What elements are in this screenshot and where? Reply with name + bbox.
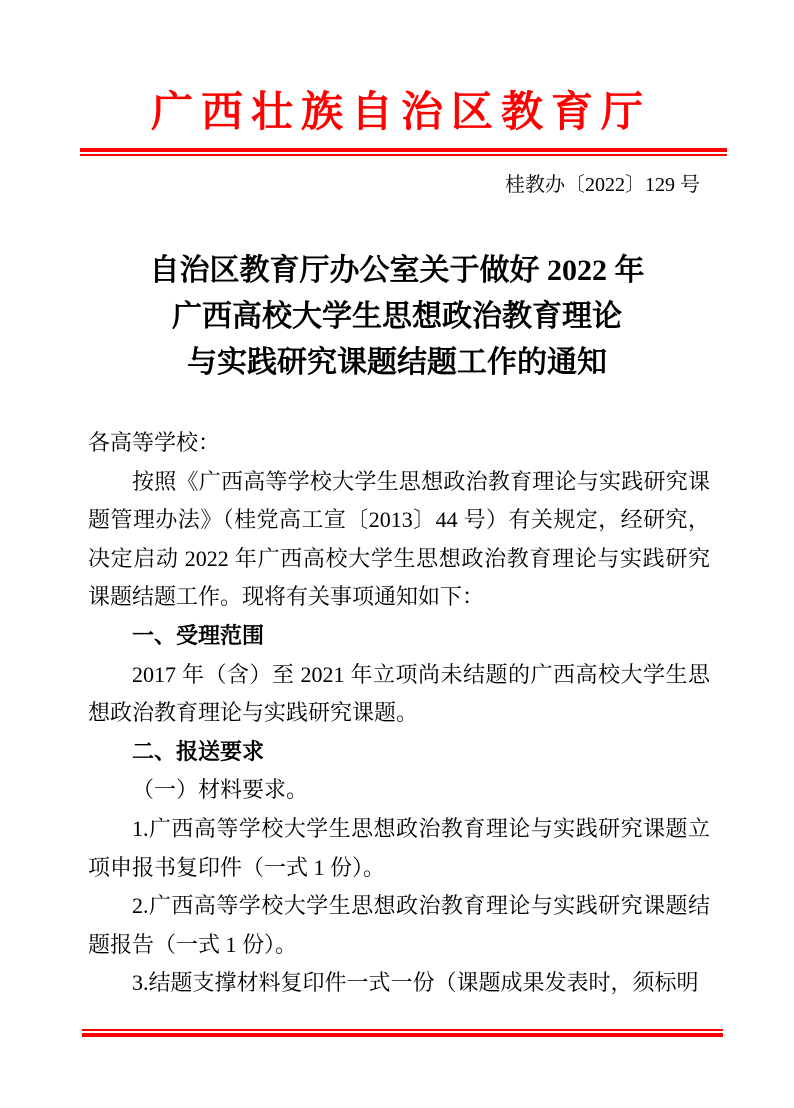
salutation: 各高等学校： — [88, 424, 710, 463]
subsection-heading-materials: （一）材料要求。 — [88, 771, 710, 810]
section-heading-1: 一、受理范围 — [88, 617, 710, 656]
footer-double-rule — [82, 1029, 723, 1037]
section-heading-2: 二、报送要求 — [88, 733, 710, 772]
notice-title-line-1: 自治区教育厅办公室关于做好 2022 年 — [0, 248, 794, 294]
document-number: 桂教办〔2022〕129 号 — [0, 172, 700, 198]
list-item-2: 2.广西高等学校大学生思想政治教育理论与实践研究课题结题报告（一式 1 份）。 — [88, 887, 710, 964]
list-item-3: 3.结题支撑材料复印件一式一份（课题成果发表时，须标明 — [88, 964, 710, 1003]
notice-title-line-2: 广西高校大学生思想政治教育理论 — [0, 294, 794, 340]
intro-paragraph: 按照《广西高等学校大学生思想政治教育理论与实践研究课题管理办法》（桂党高工宣〔2… — [88, 463, 710, 617]
notice-title-line-3: 与实践研究课题结题工作的通知 — [0, 340, 794, 386]
notice-body: 各高等学校： 按照《广西高等学校大学生思想政治教育理论与实践研究课题管理办法》（… — [88, 424, 710, 1003]
section-1-paragraph: 2017 年（含）至 2021 年立项尚未结题的广西高校大学生思想政治教育理论与… — [88, 656, 710, 733]
notice-title: 自治区教育厅办公室关于做好 2022 年 广西高校大学生思想政治教育理论 与实践… — [0, 248, 794, 386]
letterhead-double-rule — [80, 148, 727, 156]
agency-letterhead-title: 广西壮族自治区教育厅 — [0, 0, 794, 136]
list-item-1: 1.广西高等学校大学生思想政治教育理论与实践研究课题立项申报书复印件（一式 1 … — [88, 810, 710, 887]
document-page: 广西壮族自治区教育厅 桂教办〔2022〕129 号 自治区教育厅办公室关于做好 … — [0, 0, 794, 1108]
